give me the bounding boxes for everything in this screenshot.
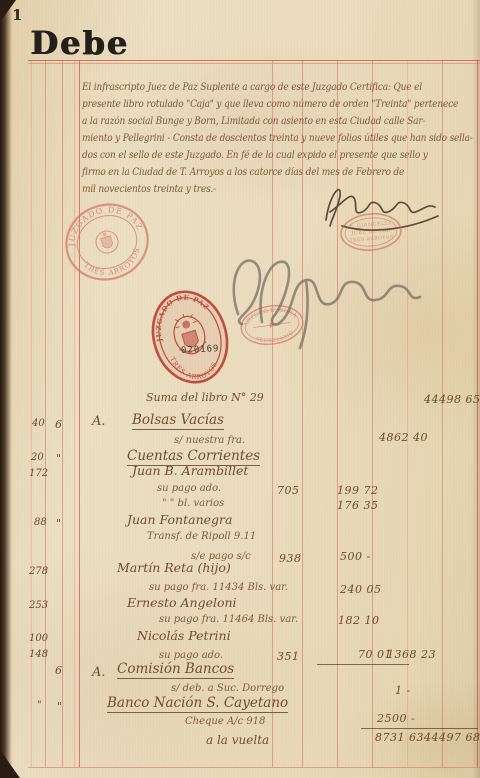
amount-mid: 1368 23	[387, 648, 436, 661]
folio-ref: 148	[29, 649, 48, 660]
account-title: Bolsas Vacías	[132, 412, 224, 430]
folio-ref: 40	[32, 418, 45, 429]
person-name: Martín Reta (hijo)	[117, 560, 231, 575]
opening-sum-label: Suma del libro N° 29	[146, 391, 264, 404]
entry-detail: " " bl. varios	[162, 498, 224, 509]
person-name: Ernesto Angeloni	[127, 595, 237, 610]
ruled-line	[79, 60, 80, 767]
folio-ref: 278	[29, 566, 48, 577]
ruled-line	[62, 60, 63, 767]
folio-number: 705	[277, 484, 300, 497]
ruled-line	[45, 60, 46, 767]
entry-detail: su pago ado.	[159, 650, 223, 661]
amount-inner: 182 10	[338, 614, 380, 627]
entry-detail: Transf. de Ripoll 9.11	[147, 531, 256, 542]
amount-inner: 199 72	[337, 484, 379, 497]
page-title: Debe	[30, 24, 129, 62]
entry-detail: su pago fra. 11434 Bls. var.	[149, 582, 288, 593]
amount-inner: 240 05	[340, 583, 382, 596]
day-number: "	[56, 517, 61, 530]
folio-ref: 253	[29, 600, 48, 611]
amount-inner: 176 35	[337, 499, 379, 512]
sum-rule	[317, 664, 409, 665]
page-number: 1	[12, 6, 22, 24]
account-title: Comisión Bancos	[117, 661, 234, 679]
binding-shadow	[0, 0, 12, 778]
day-number: "	[57, 700, 62, 713]
certification-line: presente libro rotulado "Caja" y que lle…	[82, 96, 438, 113]
total-rule	[361, 728, 478, 729]
person-name: Juan B. Arambillet	[132, 463, 248, 478]
ruled-line-bottom	[28, 767, 480, 768]
folio-ref: 88	[34, 517, 47, 528]
folio-ref: 100	[29, 633, 48, 644]
amount-mid: 2500 -	[377, 712, 415, 725]
ruled-line	[31, 60, 32, 767]
entry-detail: s/ nuestra fra.	[174, 435, 245, 446]
folio-ref: 172	[29, 468, 48, 479]
certification-line: a la razón social Bunge y Born, Limitada…	[82, 113, 438, 130]
entry-detail: su pago fra. 11464 Bls. var.	[159, 614, 298, 625]
day-number: 6	[55, 664, 62, 677]
certification-line: El infrascripto Juez de Paz Suplente a c…	[82, 79, 438, 96]
account-title: Banco Nación S. Cayetano	[107, 695, 288, 713]
day-number: 6	[55, 418, 62, 431]
ruled-line-top	[28, 63, 480, 64]
person-name: Juan Fontanegra	[127, 512, 232, 527]
carried-balance: 44497 68	[424, 731, 480, 744]
entry-detail: s/ deb. a Suc. Dorrego	[171, 683, 284, 694]
amount-inner: 500 -	[340, 550, 371, 563]
certification-line: dos con el sello de este Juzgado. En fé …	[82, 147, 438, 164]
entry-prefix: A.	[92, 665, 106, 680]
opening-balance: 44498 65	[424, 393, 480, 406]
pencil-rubric-signature	[222, 250, 434, 354]
closing-label: a la vuelta	[206, 733, 269, 747]
day-number: "	[56, 452, 61, 465]
folio-number: 351	[277, 650, 300, 663]
folio-ref: "	[37, 700, 42, 711]
folio-number: 938	[279, 552, 302, 565]
entry-prefix: A.	[92, 414, 106, 429]
juzgado-round-stamp: JUZGADO DE PAZ TRES ARROYOS	[62, 196, 152, 288]
amount-mid: 1 -	[395, 684, 411, 697]
ruled-line	[74, 60, 75, 767]
juez-oval-stamp: F. GIANCELLI JUEZ DE PAZ TRES ARROYOS	[336, 210, 406, 254]
person-name: Nicolás Petrini	[137, 628, 231, 643]
stamp-serial-number: 020169	[181, 344, 220, 356]
ledger-page: 1 Debe El infrascripto Juez de Paz Suple…	[0, 0, 480, 778]
page-subtotal: 8731 63	[375, 731, 424, 744]
entry-detail: su pago ado.	[157, 483, 221, 494]
folio-ref: 20	[31, 452, 44, 463]
entry-detail: Cheque A/c 918	[185, 716, 265, 727]
amount-mid: 4862 40	[379, 431, 428, 444]
certification-line: miento y Pellegrini - Consta de doscient…	[82, 130, 438, 147]
